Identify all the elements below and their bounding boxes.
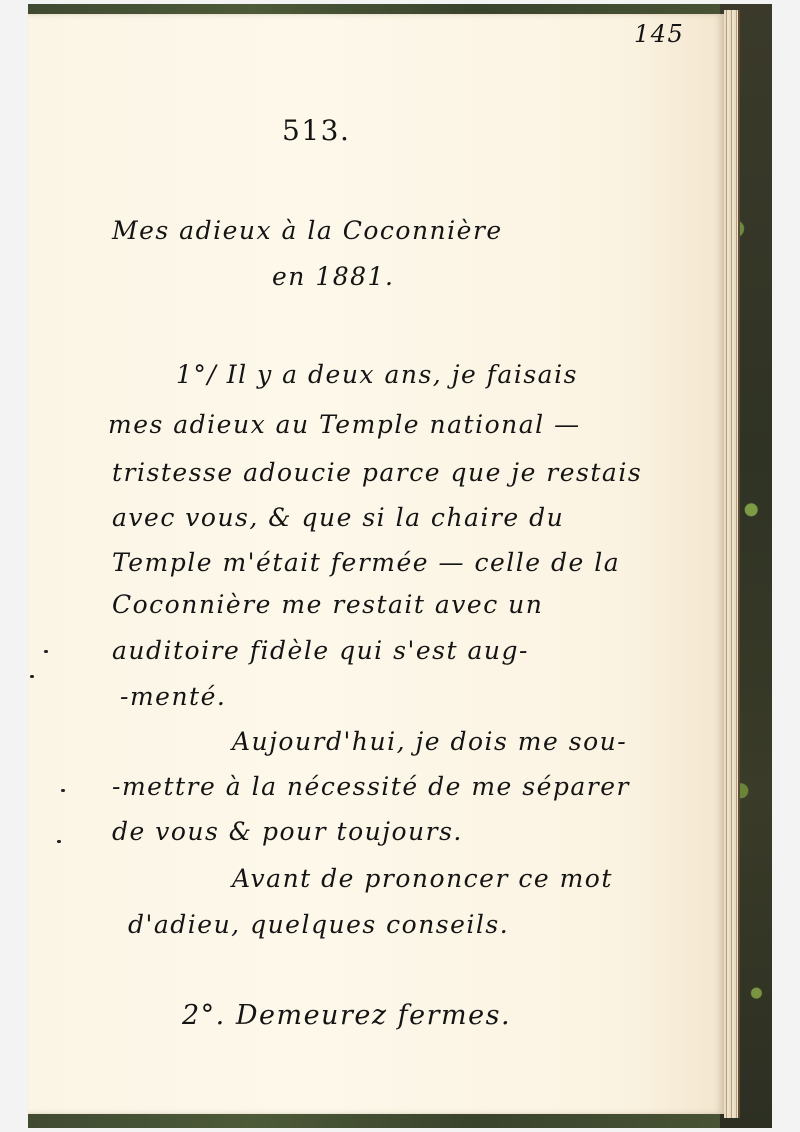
text-line: -menté. <box>120 682 226 711</box>
text-line: -mettre à la nécessité de me séparer <box>112 772 630 801</box>
text-line: avec vous, & que si la chaire du <box>112 503 564 532</box>
text-line: tristesse adoucie parce que je restais <box>112 458 642 487</box>
section-heading: 2°. Demeurez fermes. <box>182 1000 511 1031</box>
text-line: d'adieu, quelques conseils. <box>128 910 509 939</box>
text-line: Coconnière me restait avec un <box>112 590 543 619</box>
title-line-1: Mes adieux à la Coconnière <box>112 216 503 245</box>
text-line: auditoire fidèle qui s'est aug- <box>112 636 529 665</box>
text-line: Aujourd'hui, je dois me sou- <box>232 727 627 756</box>
page-edges <box>724 10 740 1118</box>
folio-number: 145 <box>634 20 684 48</box>
text-line: Avant de prononcer ce mot <box>232 864 613 893</box>
stray-ink-mark <box>61 789 65 792</box>
title-line-2: en 1881. <box>272 262 394 291</box>
stray-ink-mark <box>57 840 61 843</box>
stray-ink-mark <box>44 650 48 653</box>
text-line: Temple m'était fermée — celle de la <box>112 548 620 577</box>
text-line: mes adieux au Temple national — <box>108 410 581 439</box>
entry-number: 513. <box>282 114 350 147</box>
text-line: de vous & pour toujours. <box>112 817 463 846</box>
text-line: 1°/ Il y a deux ans, je faisais <box>176 360 578 389</box>
stray-ink-mark <box>30 675 34 678</box>
